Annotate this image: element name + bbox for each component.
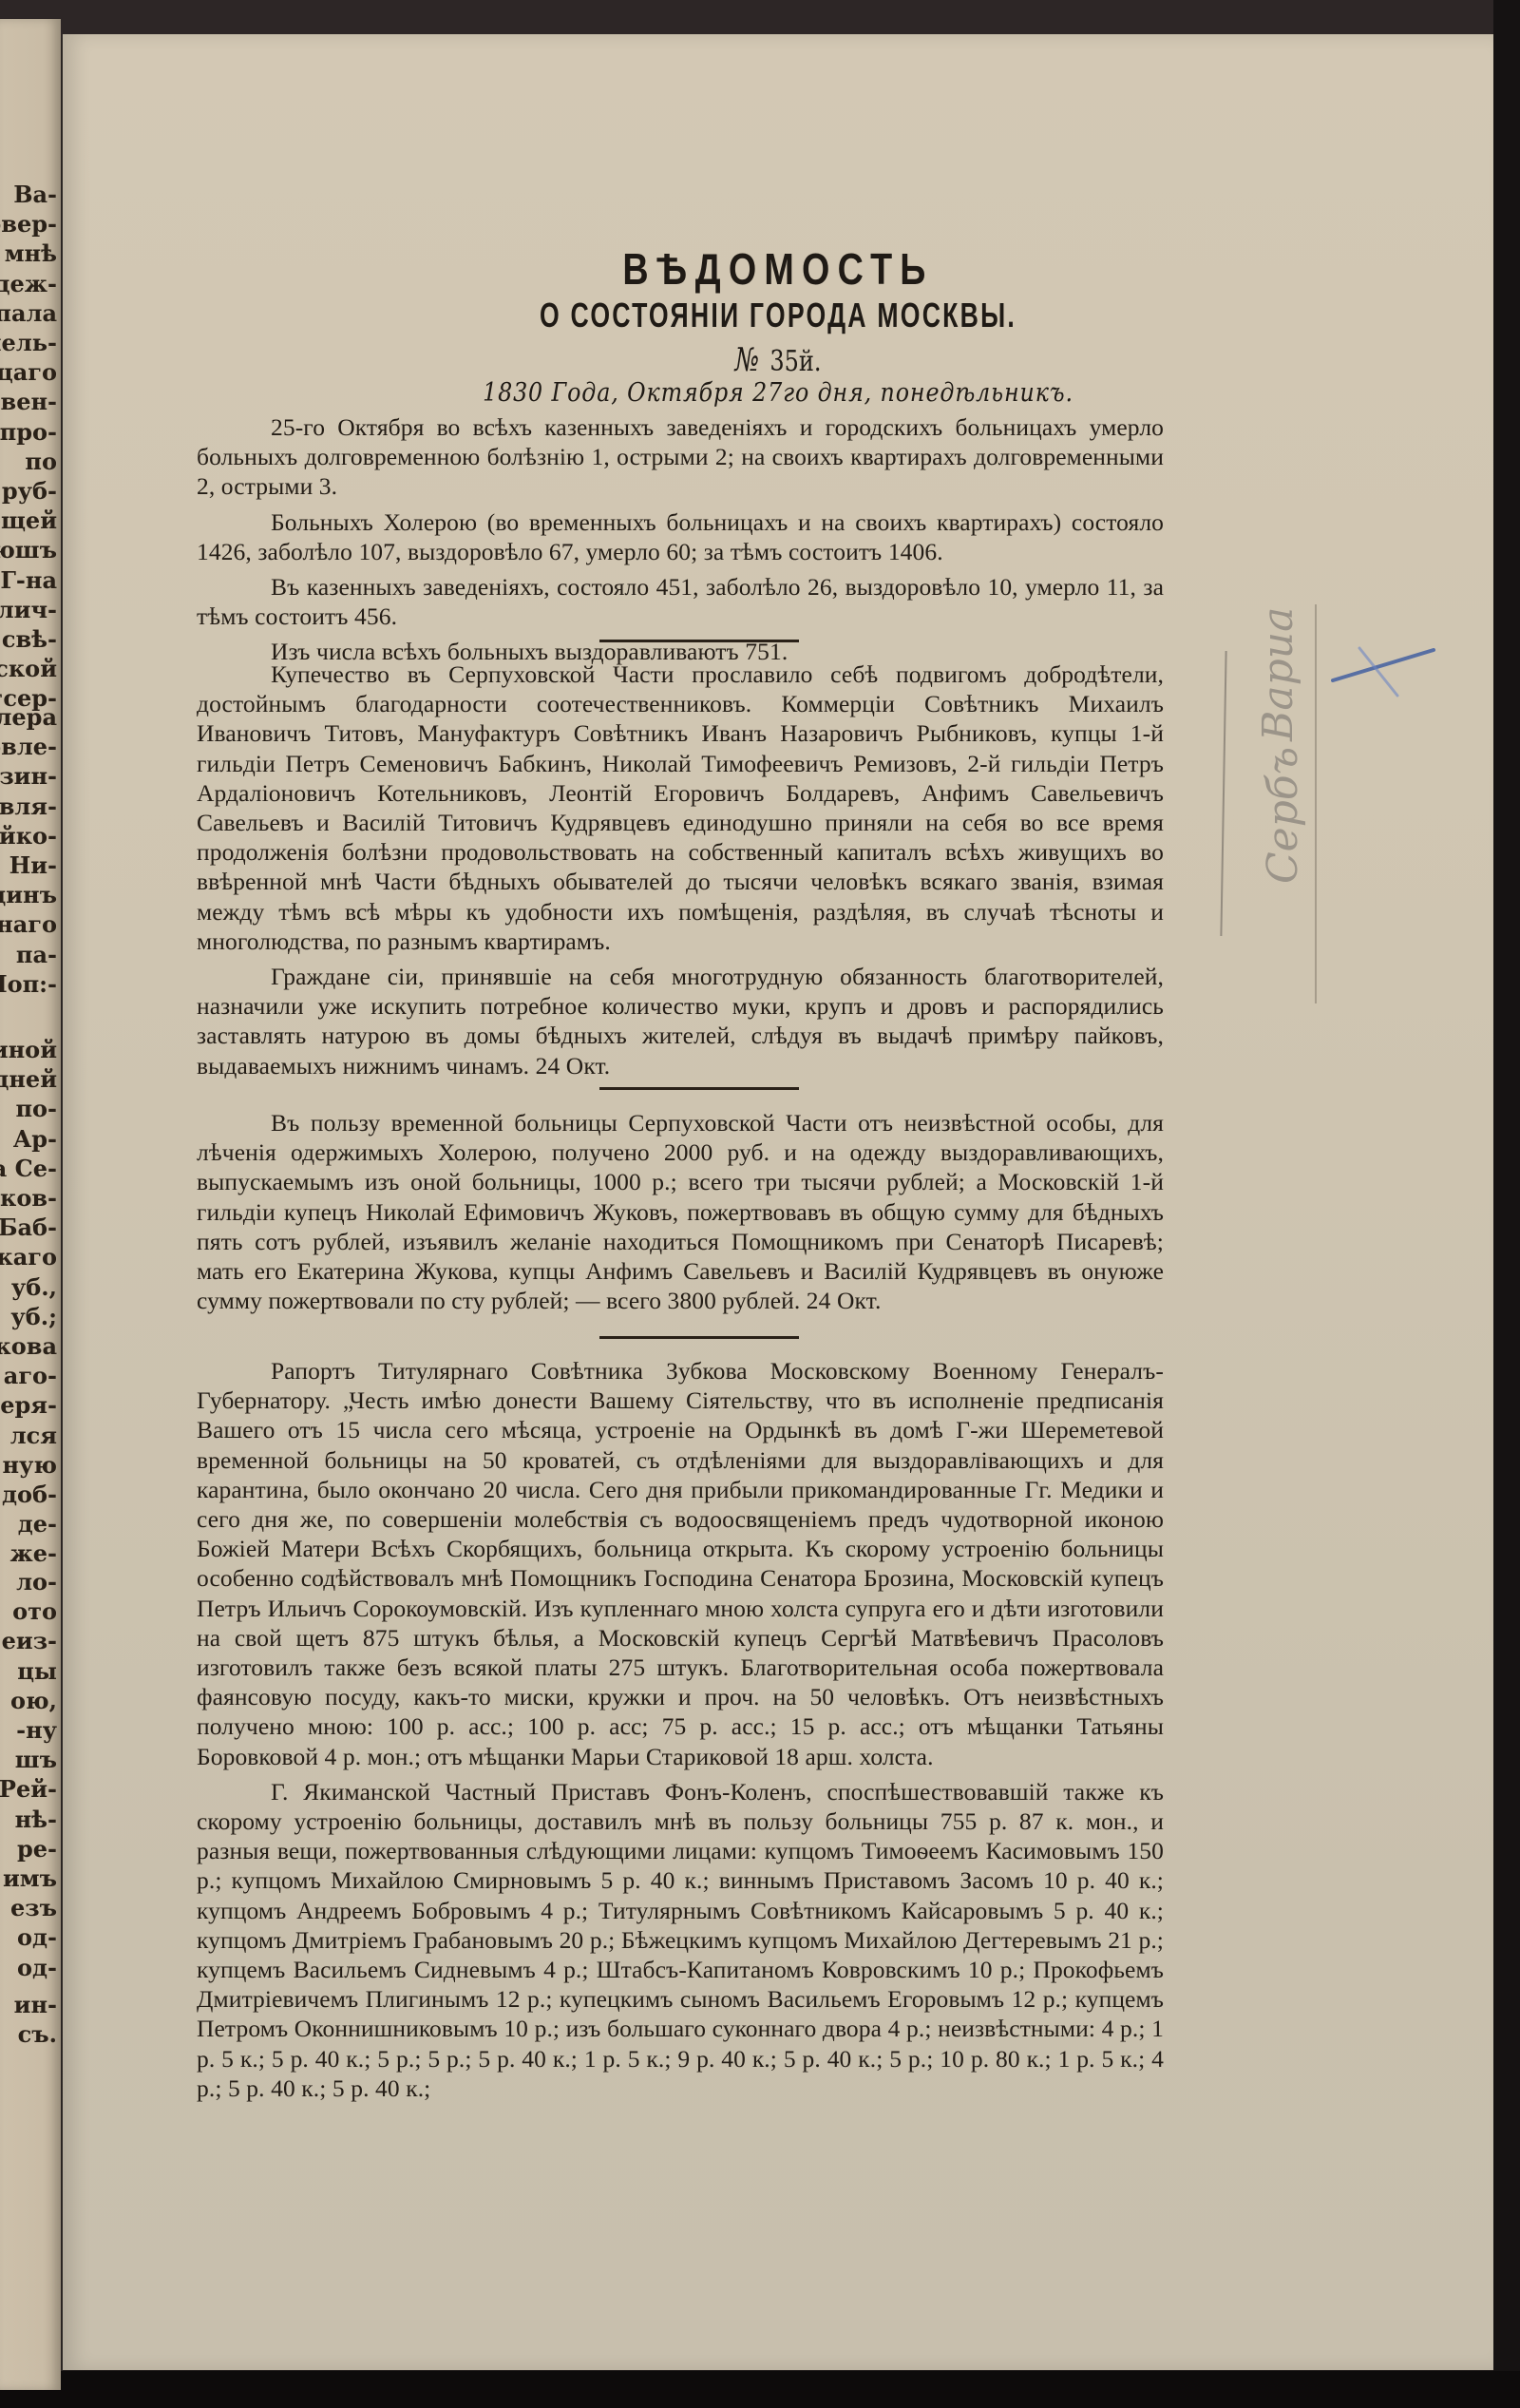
section-divider [599, 1087, 799, 1090]
pencil-note-2: Сербъ [1259, 747, 1307, 884]
scan-top-shadow [0, 0, 1520, 38]
left-page-text-fragment: Ва- [13, 181, 57, 208]
blue-pencil-x-icon [1331, 642, 1435, 699]
left-page-text-fragment: овер- [0, 210, 57, 238]
left-page-text-fragment: дней [0, 1065, 57, 1093]
left-page-text-fragment: кова [0, 1332, 57, 1360]
left-page-text-fragment: Поп:- [0, 970, 57, 998]
left-page-text-fragment: мнѣ [5, 239, 57, 267]
left-page-text-fragment: иной [0, 1036, 57, 1063]
left-page-text-fragment: по- [15, 1095, 57, 1122]
left-page-text-fragment: ивен- [0, 388, 57, 415]
paragraph: Граждане сіи, принявшіе на себя многотру… [197, 962, 1164, 1080]
paragraph: Купечество въ Серпуховской Части прослав… [197, 659, 1164, 956]
numero-sign: № [734, 341, 759, 379]
left-page-text-fragment: ощей [0, 506, 57, 534]
left-page-text-fragment: Ни- [9, 851, 57, 879]
left-page-text-fragment: уб.; [10, 1303, 57, 1330]
page-title: ВѢДОМОСТЬ [192, 243, 1365, 295]
left-page-text-fragment: уб., [11, 1273, 57, 1301]
left-page-text-fragment: по [25, 448, 57, 475]
left-page-text-fragment: йко- [0, 822, 57, 850]
left-page-text-fragment: наго [0, 910, 57, 938]
left-page-text-fragment: съ. [18, 2020, 57, 2048]
left-page-text-fragment: свѣ- [2, 625, 57, 653]
section-merchants: Купечество въ Серпуховской Части прослав… [197, 659, 1164, 1086]
left-page-text-fragment: Ар- [13, 1125, 57, 1153]
left-page-text-fragment: еиз- [2, 1627, 57, 1654]
dateline: 1830 Года, Октября 27го дня, понедѣльник… [148, 378, 1407, 408]
left-page-text-fragment: каго [0, 1243, 57, 1271]
left-page-text-fragment: нѣ- [15, 1806, 57, 1833]
left-page-text-fragment: щаго [0, 358, 57, 386]
left-page-text-fragment: имъ [3, 1864, 57, 1892]
left-page-text-fragment: ото [12, 1597, 57, 1625]
left-page-text-fragment: Баб- [0, 1214, 57, 1241]
left-page-text-fragment: адеж- [0, 270, 57, 297]
left-page-text-fragment: шъ [15, 1746, 57, 1773]
left-page-text-fragment: ре- [17, 1835, 57, 1863]
left-page-text-fragment: динъ [0, 881, 57, 908]
issue-number: №35й. [206, 341, 1351, 379]
section-bulletin: 25-го Октября во всѣхъ казенныхъ заведен… [197, 412, 1164, 673]
left-page-text-fragment: лера [0, 703, 57, 731]
left-page-text-fragment: ской [0, 655, 57, 682]
left-page-text-fragment: зин- [0, 762, 57, 790]
pencil-note-1: Вариа [1254, 607, 1302, 741]
section-report: Рапортъ Титулярнаго Совѣтника Зубкова Мо… [197, 1356, 1164, 2109]
left-page-text-fragment: доб- [2, 1481, 57, 1508]
left-page-text-fragment: аго- [4, 1362, 57, 1389]
left-page-text-fragment: де- [18, 1510, 57, 1538]
left-page-text-fragment: вля- [0, 793, 57, 820]
left-page-text-fragment: лся [10, 1422, 57, 1449]
left-page-text-fragment: ин- [14, 1991, 57, 2018]
left-page-text-fragment: па- [16, 941, 57, 968]
section-divider [599, 640, 799, 642]
left-page-text-fragment: руб- [2, 477, 57, 505]
section-donation: Въ пользу временной больницы Серпуховско… [197, 1108, 1164, 1321]
section-divider [599, 1336, 799, 1339]
left-facing-page: Ва-овер-мнѣадеж-палаиель-щагоивен-про-по… [0, 19, 61, 2390]
left-page-text-fragment: ло- [16, 1568, 57, 1596]
left-page-text-fragment: про- [0, 418, 57, 446]
paragraph: Г. Якиманской Частный Приставъ Фонъ-Коле… [197, 1777, 1164, 2103]
left-page-text-fragment: овле- [0, 733, 57, 760]
left-page-text-fragment: -ну [16, 1716, 57, 1744]
left-page-text-fragment: иель- [0, 329, 57, 356]
left-page-text-fragment: од- [17, 1954, 57, 1981]
left-page-text-fragment: ков- [0, 1184, 57, 1212]
left-page-text-fragment: ою, [10, 1687, 57, 1714]
left-page-text-fragment: ююшъ [0, 536, 57, 564]
newspaper-page: ВѢДОМОСТЬ О СОСТОЯНІИ ГОРОДА МОСКВЫ. №35… [63, 34, 1493, 2370]
left-page-text-fragment: од- [17, 1923, 57, 1951]
left-page-text-fragment: цы [17, 1657, 57, 1685]
left-page-text-fragment: лич- [0, 596, 57, 623]
paragraph: Больныхъ Холерою (во временныхъ больница… [197, 507, 1164, 566]
scan-right-edge [1493, 0, 1520, 2408]
left-page-text-fragment: ную [2, 1451, 57, 1479]
paragraph: Въ пользу временной больницы Серпуховско… [197, 1108, 1164, 1315]
page-subtitle: О СОСТОЯНІИ ГОРОДА МОСКВЫ. [249, 296, 1307, 335]
paragraph: 25-го Октября во всѣхъ казенныхъ заведен… [197, 412, 1164, 502]
paragraph: Въ казенныхъ заведеніяхъ, состояло 451, … [197, 572, 1164, 631]
scan-bottom-shadow [0, 2371, 1520, 2408]
left-page-text-fragment: Рей- [0, 1775, 57, 1803]
left-page-text-fragment: Г-на [0, 566, 57, 594]
left-page-text-fragment: же- [10, 1539, 57, 1567]
left-page-text-fragment: пала [0, 299, 57, 327]
issue-number-value: 35й. [769, 345, 821, 378]
page-fold-line [1315, 604, 1317, 1003]
left-page-text-fragment: еря- [0, 1391, 57, 1419]
left-page-text-fragment: а Се- [0, 1155, 57, 1182]
left-page-text-fragment: езъ [10, 1894, 57, 1921]
paragraph: Рапортъ Титулярнаго Совѣтника Зубкова Мо… [197, 1356, 1164, 1771]
